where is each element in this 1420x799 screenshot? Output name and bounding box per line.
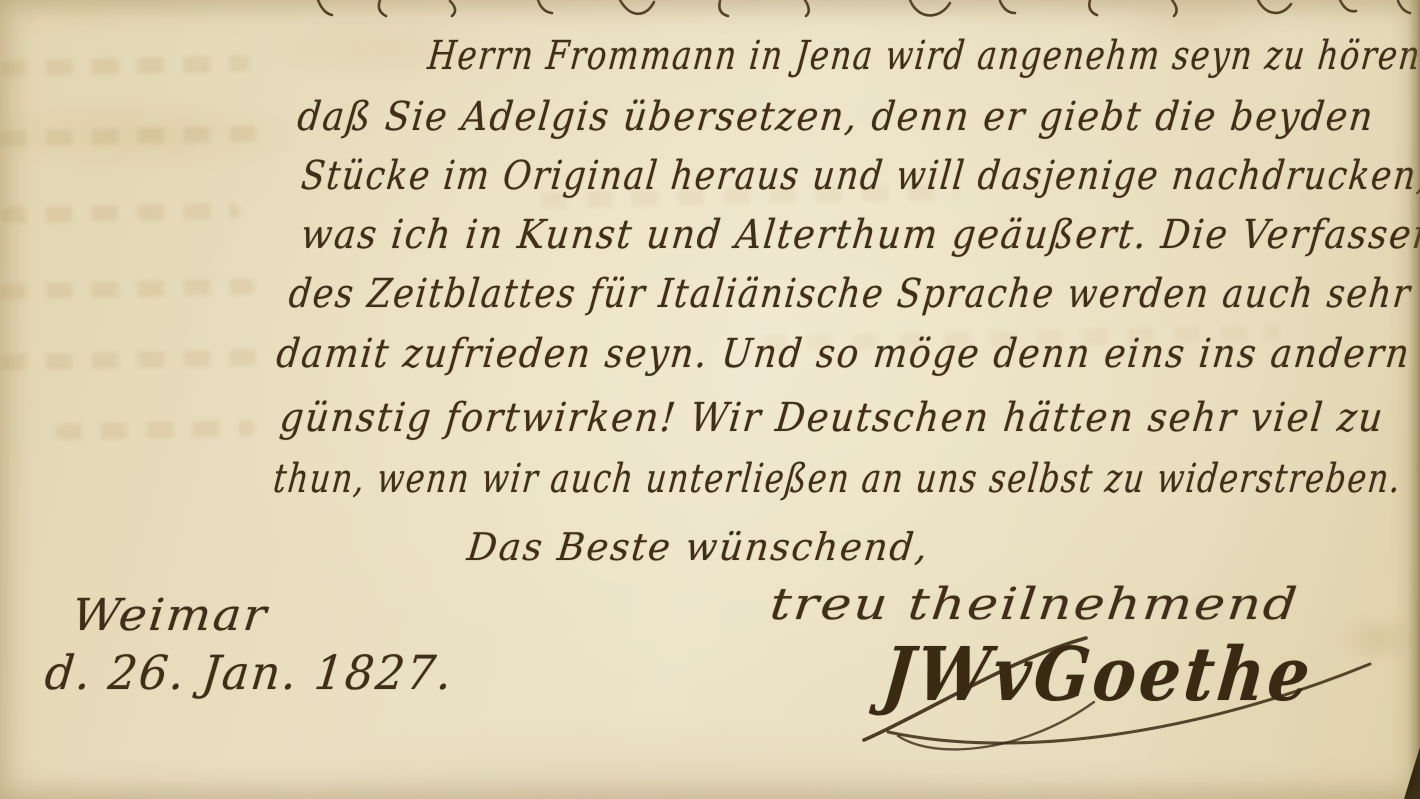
closing-line: treu theilnehmend [768, 583, 1301, 627]
place-line: Weimar [70, 594, 270, 638]
text-line: günstig fortwirken! Wir Deutschen hätten… [278, 398, 1386, 438]
text-line: Stücke im Original heraus und will dasje… [299, 156, 1420, 196]
text-line: thun, wenn wir auch unterließen an uns s… [272, 459, 1404, 499]
letter-body: Herrn Frommann in Jena wird angenehm sey… [0, 0, 1420, 799]
signature: JWvGoethe [879, 638, 1317, 712]
letter-scan: Herrn Frommann in Jena wird angenehm sey… [0, 0, 1420, 799]
text-line: daß Sie Adelgis übersetzen, denn er gieb… [296, 97, 1377, 137]
text-line: des Zeitblattes für Italiänische Sprache… [287, 274, 1413, 314]
text-line: damit zufrieden seyn. Und so möge denn e… [275, 334, 1413, 374]
valediction-line: Das Beste wünschend, [466, 528, 932, 566]
page-edge-shadow [1408, 0, 1420, 799]
text-line: Herrn Frommann in Jena wird angenehm sey… [426, 36, 1420, 76]
text-line: was ich in Kunst und Alterthum geäußert.… [299, 215, 1420, 255]
date-line: d. 26. Jan. 1827. [43, 650, 456, 697]
